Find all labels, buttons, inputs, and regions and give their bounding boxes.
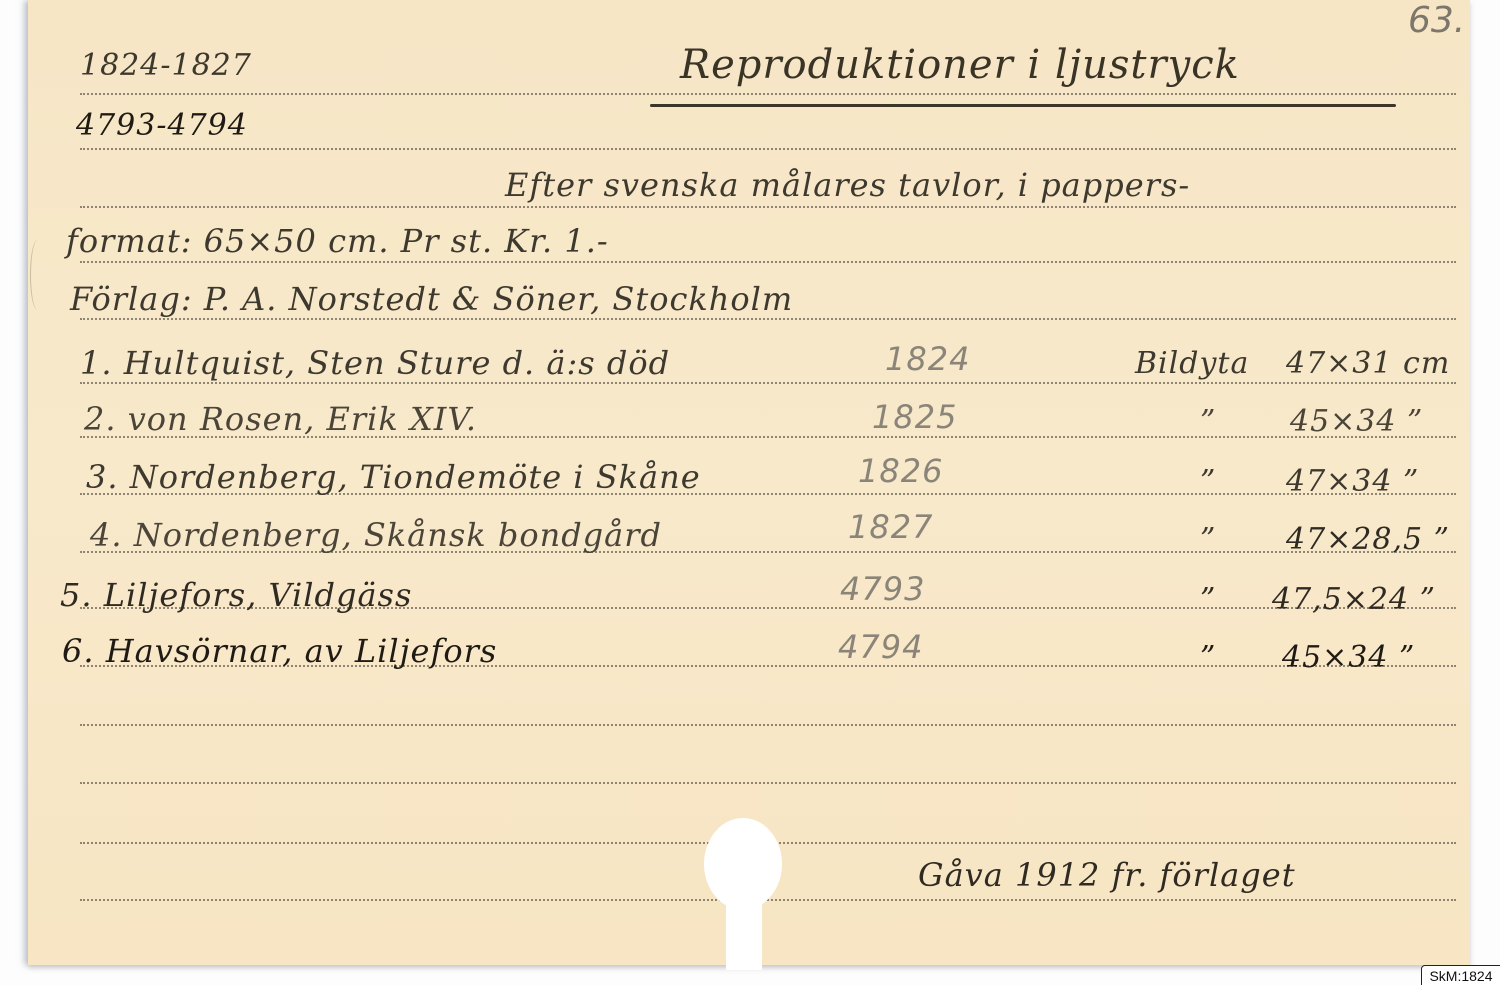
entry-dim-prefix: ” bbox=[1200, 640, 1216, 675]
entry-dimensions: 47×28,5 ” bbox=[1286, 522, 1450, 557]
entry-number: 4794 bbox=[838, 628, 923, 666]
entry-dimensions: 45×34 ” bbox=[1282, 640, 1415, 675]
entry-number: 1825 bbox=[872, 398, 957, 436]
years-range: 1824-1827 bbox=[80, 48, 252, 83]
margin-mark bbox=[30, 240, 45, 310]
inventory-range: 4793-4794 bbox=[76, 108, 248, 143]
description-line-1: Efter svenska målares tavlor, i pappers- bbox=[505, 166, 1190, 204]
catalog-label: SkM:1824 bbox=[1421, 965, 1500, 985]
ruled-line bbox=[80, 206, 1456, 208]
entry-dimensions: 47×34 ” bbox=[1286, 464, 1419, 499]
ruled-line bbox=[80, 261, 1456, 263]
entry-dim-prefix: ” bbox=[1200, 464, 1216, 499]
entry-number: 4793 bbox=[840, 570, 925, 608]
entry-dimensions: 47,5×24 ” bbox=[1272, 582, 1436, 617]
ruled-line bbox=[80, 318, 1456, 320]
entry-dim-prefix: Bildyta bbox=[1135, 346, 1249, 381]
corner-number: 63. bbox=[1408, 0, 1465, 41]
entry-dimensions: 47×31 cm bbox=[1286, 346, 1450, 381]
entry-text: 4. Nordenberg, Skånsk bondgård bbox=[90, 516, 662, 554]
publisher: Förlag: P. A. Norstedt & Söner, Stockhol… bbox=[70, 280, 793, 318]
entry-dimensions: 45×34 ” bbox=[1290, 404, 1423, 439]
ruled-line bbox=[80, 148, 1456, 150]
title-underline bbox=[650, 104, 1396, 107]
ruled-line bbox=[80, 382, 1456, 384]
ruled-line bbox=[80, 724, 1456, 726]
entry-dim-prefix: ” bbox=[1200, 522, 1216, 557]
ruled-line bbox=[80, 93, 1456, 95]
entry-dim-prefix: ” bbox=[1200, 582, 1216, 617]
entry-number: 1824 bbox=[885, 340, 970, 378]
entry-text: 2. von Rosen, Erik XIV. bbox=[84, 400, 477, 438]
entry-number: 1826 bbox=[858, 452, 943, 490]
footer-note: Gåva 1912 fr. förlaget bbox=[918, 856, 1296, 894]
entry-text: 6. Havsörnar, av Liljefors bbox=[62, 632, 497, 670]
card-title: Reproduktioner i ljustryck bbox=[680, 42, 1240, 88]
entry-text: 3. Nordenberg, Tiondemöte i Skåne bbox=[86, 458, 701, 496]
description-line-2: format: 65×50 cm. Pr st. Kr. 1.- bbox=[66, 222, 609, 260]
entry-text: 1. Hultquist, Sten Sture d. ä:s död bbox=[80, 344, 670, 382]
card-keyhole-stem bbox=[726, 890, 762, 970]
entry-number: 1827 bbox=[848, 508, 933, 546]
ruled-line bbox=[80, 782, 1456, 784]
entry-dim-prefix: ” bbox=[1200, 404, 1216, 439]
entry-text: 5. Liljefors, Vildgäss bbox=[60, 576, 412, 614]
